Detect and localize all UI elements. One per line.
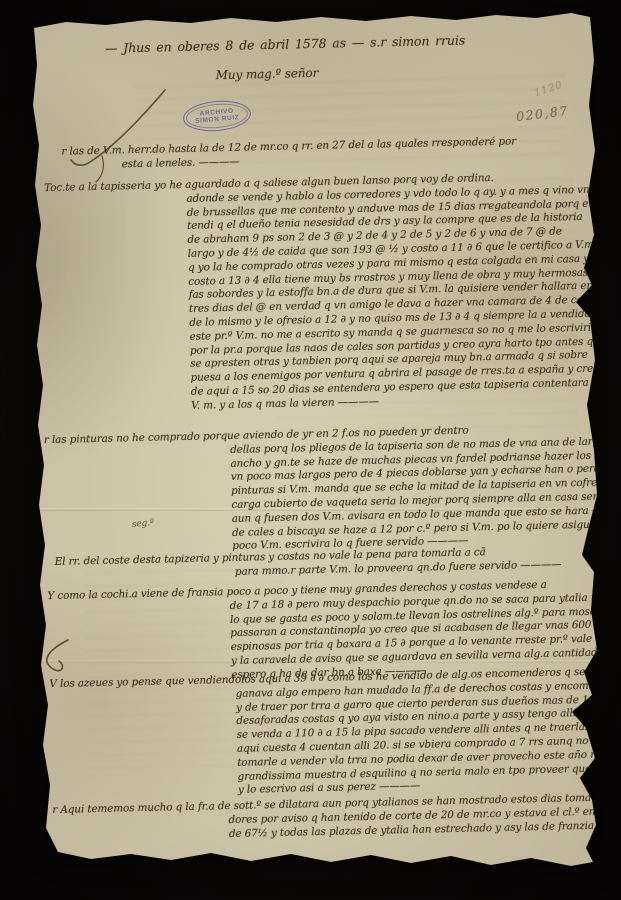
margin-note: seg.º: [131, 518, 154, 530]
paragraph-paintings: r las pinturas no he comprado porque avi…: [44, 422, 595, 559]
dateline: — Jhus en oberes 8 de abril 1578 as — s.…: [105, 30, 565, 55]
handwritten-text-layer: — Jhus en oberes 8 de abril 1578 as — s.…: [16, 4, 613, 879]
photograph-background: { "colors":{"ink":"#3c2d1a","paper":"#cd…: [0, 0, 621, 900]
paragraph-tapestry: Toc.te a la tapisseria yo he aguardado a…: [38, 170, 591, 417]
paragraph-oils: V los azeues yo pense que vendiendolos a…: [49, 666, 600, 803]
manuscript-page: ARCHIVO SIMON RUIZ 1120 020,87 — Jhus en…: [26, 10, 604, 872]
salutation: Muy mag.º señor: [216, 66, 319, 82]
paragraph-acknowledgement: r las de V.m. herr.do hasta la de 12 de …: [37, 134, 585, 174]
manuscript-page-wrapper: ARCHIVO SIMON RUIZ 1120 020,87 — Jhus en…: [26, 10, 604, 872]
